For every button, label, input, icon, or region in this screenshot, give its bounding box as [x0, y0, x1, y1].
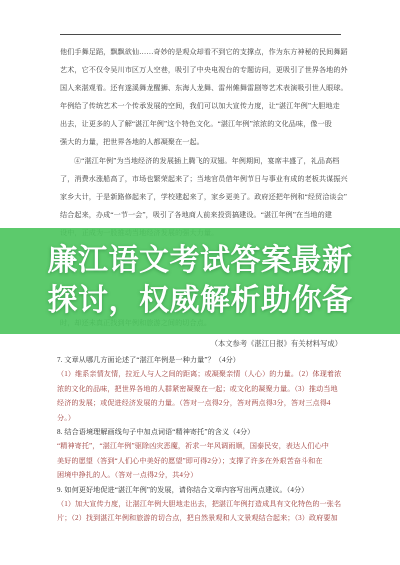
essay-line: 年例给了传统艺术一个传承发展的空间，我们可以加大宣传力度，让“湛江年例”大胆地走 [60, 97, 348, 115]
qa-line: （1）维系亲情友情，拉近人与人之间的距离；或凝聚亲情（人心）的力量。（2）体现着… [57, 367, 349, 381]
source-note: （本文参考《湛江日报》有关材料写成） [211, 338, 342, 350]
essay-line: 结合起来，办成“一节一会”，吸引了各地商人前来投资搞建设。“湛江年例”在当地的建 [60, 206, 348, 224]
essay-text-block: 他们手舞足蹈，飘飘欲仙……奇妙的是观众却看不到它的支撑点，作为东方神秘的民间舞蹈… [60, 43, 348, 242]
qa-block: 7. 文章从哪几方面论述了“湛江年例是一种力量”？（4分）（1）维系亲情友情，拉… [57, 353, 349, 526]
qa-line: 9. 如何更好地促进“湛江年例”的发展，请你结合文章内容写出两点建议。（4分） [57, 483, 349, 497]
essay-line: 强大的力量，把世界各地的人都凝聚在一起。 [60, 133, 348, 151]
essay-line: 了，消费水涨船高了，市场也繁荣起来了；当地官员借年例节日与事业有成的老板共谋振兴 [60, 170, 348, 188]
qa-line: 困境中挣扎的人。（答对一点得2分，共4分） [57, 468, 349, 482]
banner-title-line2: 探讨，权威解析助你备 [48, 281, 353, 321]
scanned-exam-page: 他们手舞足蹈，飘飘欲仙……奇妙的是观众却看不到它的支撑点，作为东方神秘的民间舞蹈… [0, 0, 400, 565]
qa-line: 分。） [57, 411, 349, 425]
qa-line: 浓的文化的品味，把世界各地的人群紧密凝聚在一起；或文化的凝聚力量。（3）推动当地 [57, 382, 349, 396]
banner-overlay: 廉江语文考试答案最新 探讨，权威解析助你备 [0, 228, 400, 334]
qa-line: “精神寄托”，“湛江年例”驱除凶灾恶魔，祈求一年风调雨顺，国泰民安，表达人们心中 [57, 439, 349, 453]
qa-line: 8. 结合语境理解画线句子中加点词语“精神寄托”的含义（4分） [57, 425, 349, 439]
qa-line: 7. 文章从哪几方面论述了“湛江年例是一种力量”？（4分） [57, 353, 349, 367]
qa-line: 片；（2）找到湛江年例和旅游的切合点，把自然景观和人文景观结合起来；（3）政府要… [57, 511, 349, 525]
banner-title-line1: 廉江语文考试答案最新 [48, 241, 353, 281]
essay-line: ④“湛江年例”为当地经济的发展插上腾飞的双翅。年例期间，宴席丰盛了，礼品高档 [60, 152, 348, 170]
qa-line: 经济的发展；或促进经济发展的力量。（答对一点得2分，答对两点得3分，答对三点得4 [57, 396, 349, 410]
essay-line: 家乡大计，于是新路修起来了，学校建起来了，家乡更美了。政府还把年例和“经贸洽谈会… [60, 188, 348, 206]
essay-line: 艺术，它不仅令吴川市区万人空巷，吸引了中央电视台的专题访问，更吸引了世界各地的外 [60, 61, 348, 79]
essay-line: 出去，让更多的人了解“湛江年例”这个特色文化。“湛江年例”浓浓的文化品味，像一股 [60, 115, 348, 133]
essay-line: 国人来湛观看。还有遂溪舞龙醒狮、东海人龙舞、雷州傩舞雷剧等艺术表演吸引世人眼球。 [60, 79, 348, 97]
essay-line: 他们手舞足蹈，飘飘欲仙……奇妙的是观众却看不到它的支撑点，作为东方神秘的民间舞蹈 [60, 43, 348, 61]
divider-line [60, 34, 341, 35]
qa-line: 美好的愿望（答到“人们心中美好的愿望”即可得2分）；支撑了许多在外艰苦奋斗和在 [57, 454, 349, 468]
qa-line: （1）加大宣传力度，让湛江年例大胆地走出去，把湛江年例打造成具有文化特色的一张名 [57, 497, 349, 511]
